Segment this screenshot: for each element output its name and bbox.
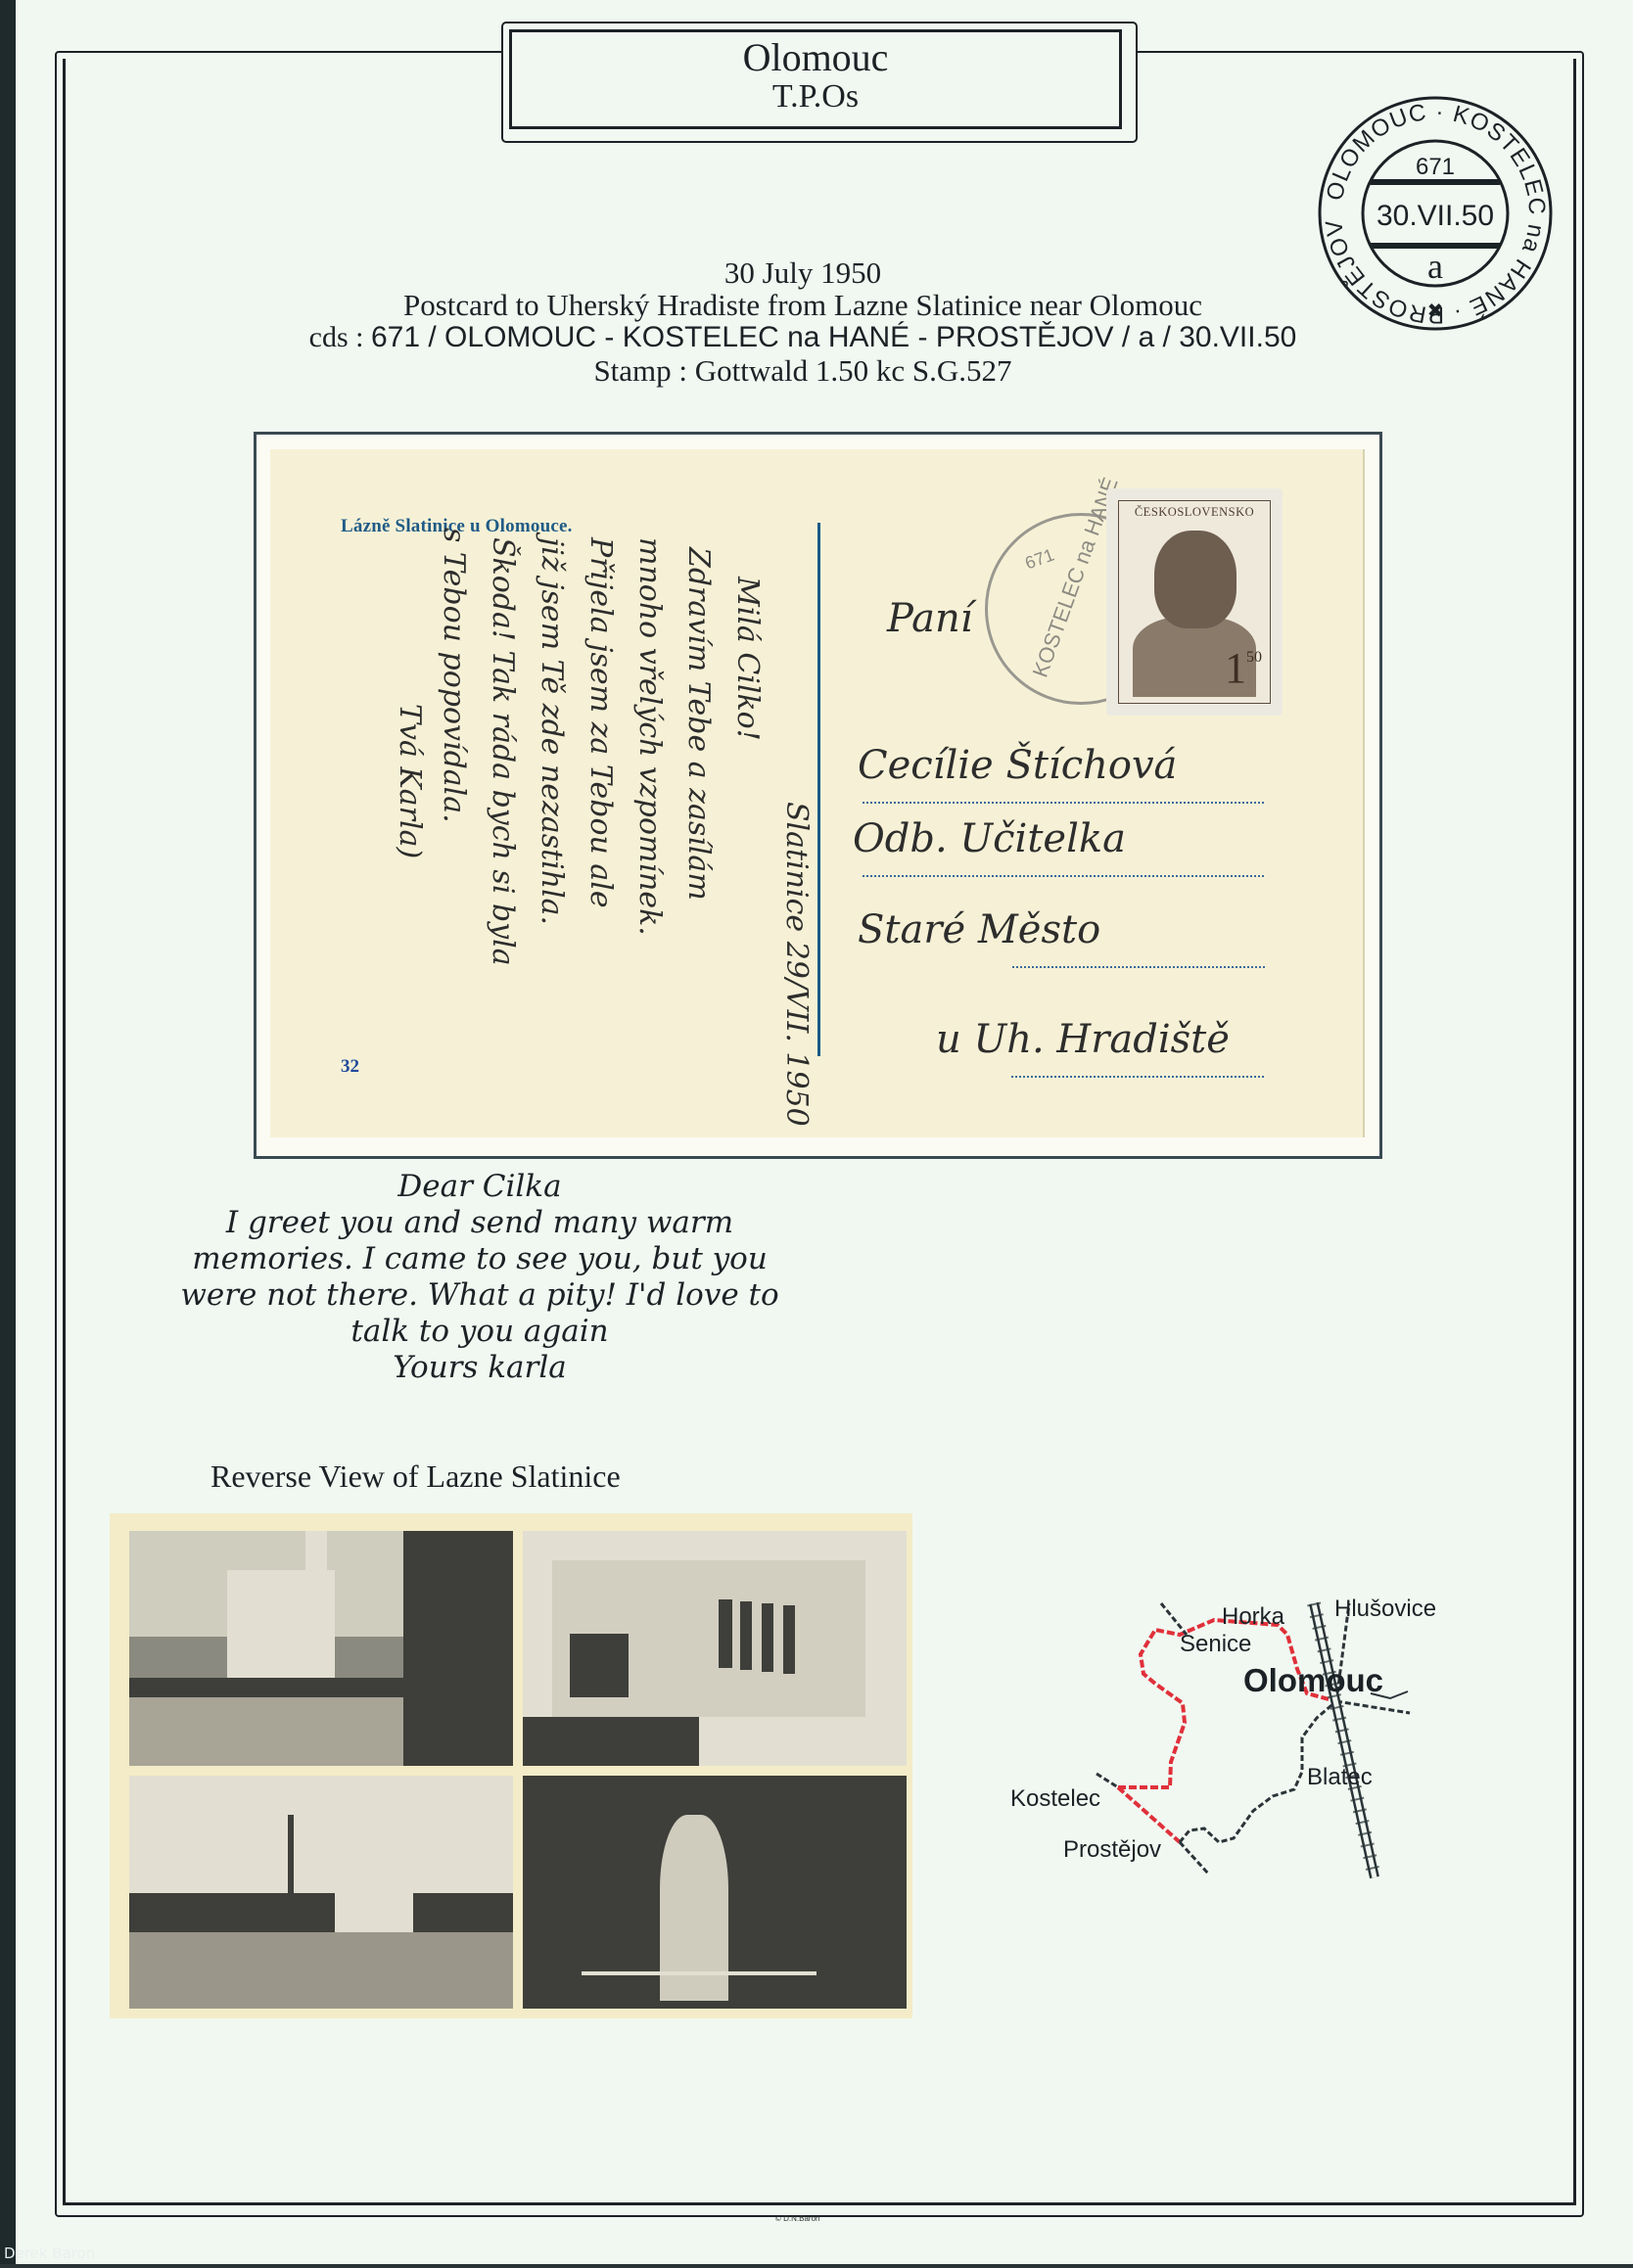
translation-line: Yours karla <box>98 1350 862 1386</box>
route-map: Horka Hlušovice Senice Olomouc Blatec Ko… <box>979 1576 1488 1958</box>
translation-line: were not there. What a pity! I'd love to <box>98 1277 862 1314</box>
stamp-value: 150 <box>1225 643 1262 693</box>
scan-edge-bottom <box>0 2264 1633 2268</box>
copyright: © D.N.Baron <box>775 2214 819 2223</box>
map-label-prostejov: Prostějov <box>1063 1836 1161 1864</box>
translation-line: memories. I came to see you, but you <box>98 1241 862 1277</box>
message-line: Škoda! Tak ráda bych si byla <box>486 537 520 966</box>
message-line: Zdravím Tebe a zasílám <box>681 547 716 901</box>
address-town: Staré Město <box>858 907 1100 952</box>
map-label-kostelec: Kostelec <box>1010 1785 1100 1813</box>
postcard: Lázně Slatinice u Olomouce. 32 Slatinice… <box>270 449 1365 1137</box>
photo-church-street <box>129 1531 513 1766</box>
postage-stamp: ČESKOSLOVENSKO 150 <box>1106 488 1283 716</box>
map-label-horka: Horka <box>1222 1603 1284 1631</box>
cds-date: 30.VII.50 <box>1376 200 1494 232</box>
address-title: Odb. Učitelka <box>853 816 1126 861</box>
address-salutation: Paní <box>887 596 973 641</box>
title-sub: T.P.Os <box>512 79 1119 115</box>
reverse-view-title: Reverse View of Lazne Slatinice <box>210 1458 621 1495</box>
address-name: Cecílie Štíchová <box>858 743 1177 788</box>
translation-line: Dear Cilka <box>98 1169 862 1205</box>
cds-value: 671 / OLOMOUC - KOSTELEC na HANÉ - PROST… <box>371 321 1296 353</box>
translation-line: I greet you and send many warm <box>98 1205 862 1241</box>
map-label-senice: Senice <box>1180 1631 1251 1658</box>
message-line: Tvá Karla) <box>393 704 427 858</box>
cds-number: 671 <box>1416 154 1455 180</box>
scan-edge <box>0 0 16 2268</box>
handwritten-message: Slatinice 29/VII. 1950 Milá Cilko! Zdrav… <box>334 537 814 1086</box>
item-stamp: Stamp : Gottwald 1.50 kc S.G.527 <box>137 354 1469 387</box>
title-main: Olomouc <box>512 36 1119 79</box>
message-line: Slatinice 29/VII. 1950 <box>779 802 814 1127</box>
translation-line: talk to you again <box>98 1314 862 1350</box>
item-summary: Postcard to Uherský Hradiste from Lazne … <box>137 289 1469 321</box>
map-label-olomouc: Olomouc <box>1243 1662 1383 1699</box>
message-translation: Dear Cilka I greet you and send many war… <box>98 1169 862 1386</box>
item-date: 30 July 1950 <box>137 256 1469 289</box>
message-line: Milá Cilko! <box>730 577 765 741</box>
message-line: mnoho vřelých vzpomínek. <box>632 537 667 936</box>
message-line: s Tebou popovídala. <box>437 528 471 823</box>
map-label-hlusovice: Hlušovice <box>1334 1596 1436 1623</box>
reverse-view-card <box>110 1513 912 2018</box>
address-district: u Uh. Hradiště <box>936 1017 1230 1062</box>
photo-monument <box>523 1776 907 2009</box>
stamp-country: ČESKOSLOVENSKO <box>1119 505 1270 520</box>
message-line: Přijela jsem za Tebou ale <box>583 537 618 908</box>
postcard-mount: Lázně Slatinice u Olomouce. 32 Slatinice… <box>254 432 1382 1159</box>
photo-factory <box>129 1776 513 2009</box>
map-label-blatec: Blatec <box>1307 1764 1373 1791</box>
message-line: již jsem Tě zde nezastihla. <box>535 537 569 925</box>
item-cds: cds : 671 / OLOMOUC - KOSTELEC na HANÉ -… <box>137 321 1469 354</box>
item-description: 30 July 1950 Postcard to Uherský Hradist… <box>137 256 1469 387</box>
watermark: Derek Baron <box>4 2245 95 2262</box>
page-title: Olomouc T.P.Os <box>509 29 1122 129</box>
postcard-divider <box>817 523 820 1056</box>
photo-spa-building <box>523 1531 907 1766</box>
cds-prefix: cds : <box>309 321 364 353</box>
